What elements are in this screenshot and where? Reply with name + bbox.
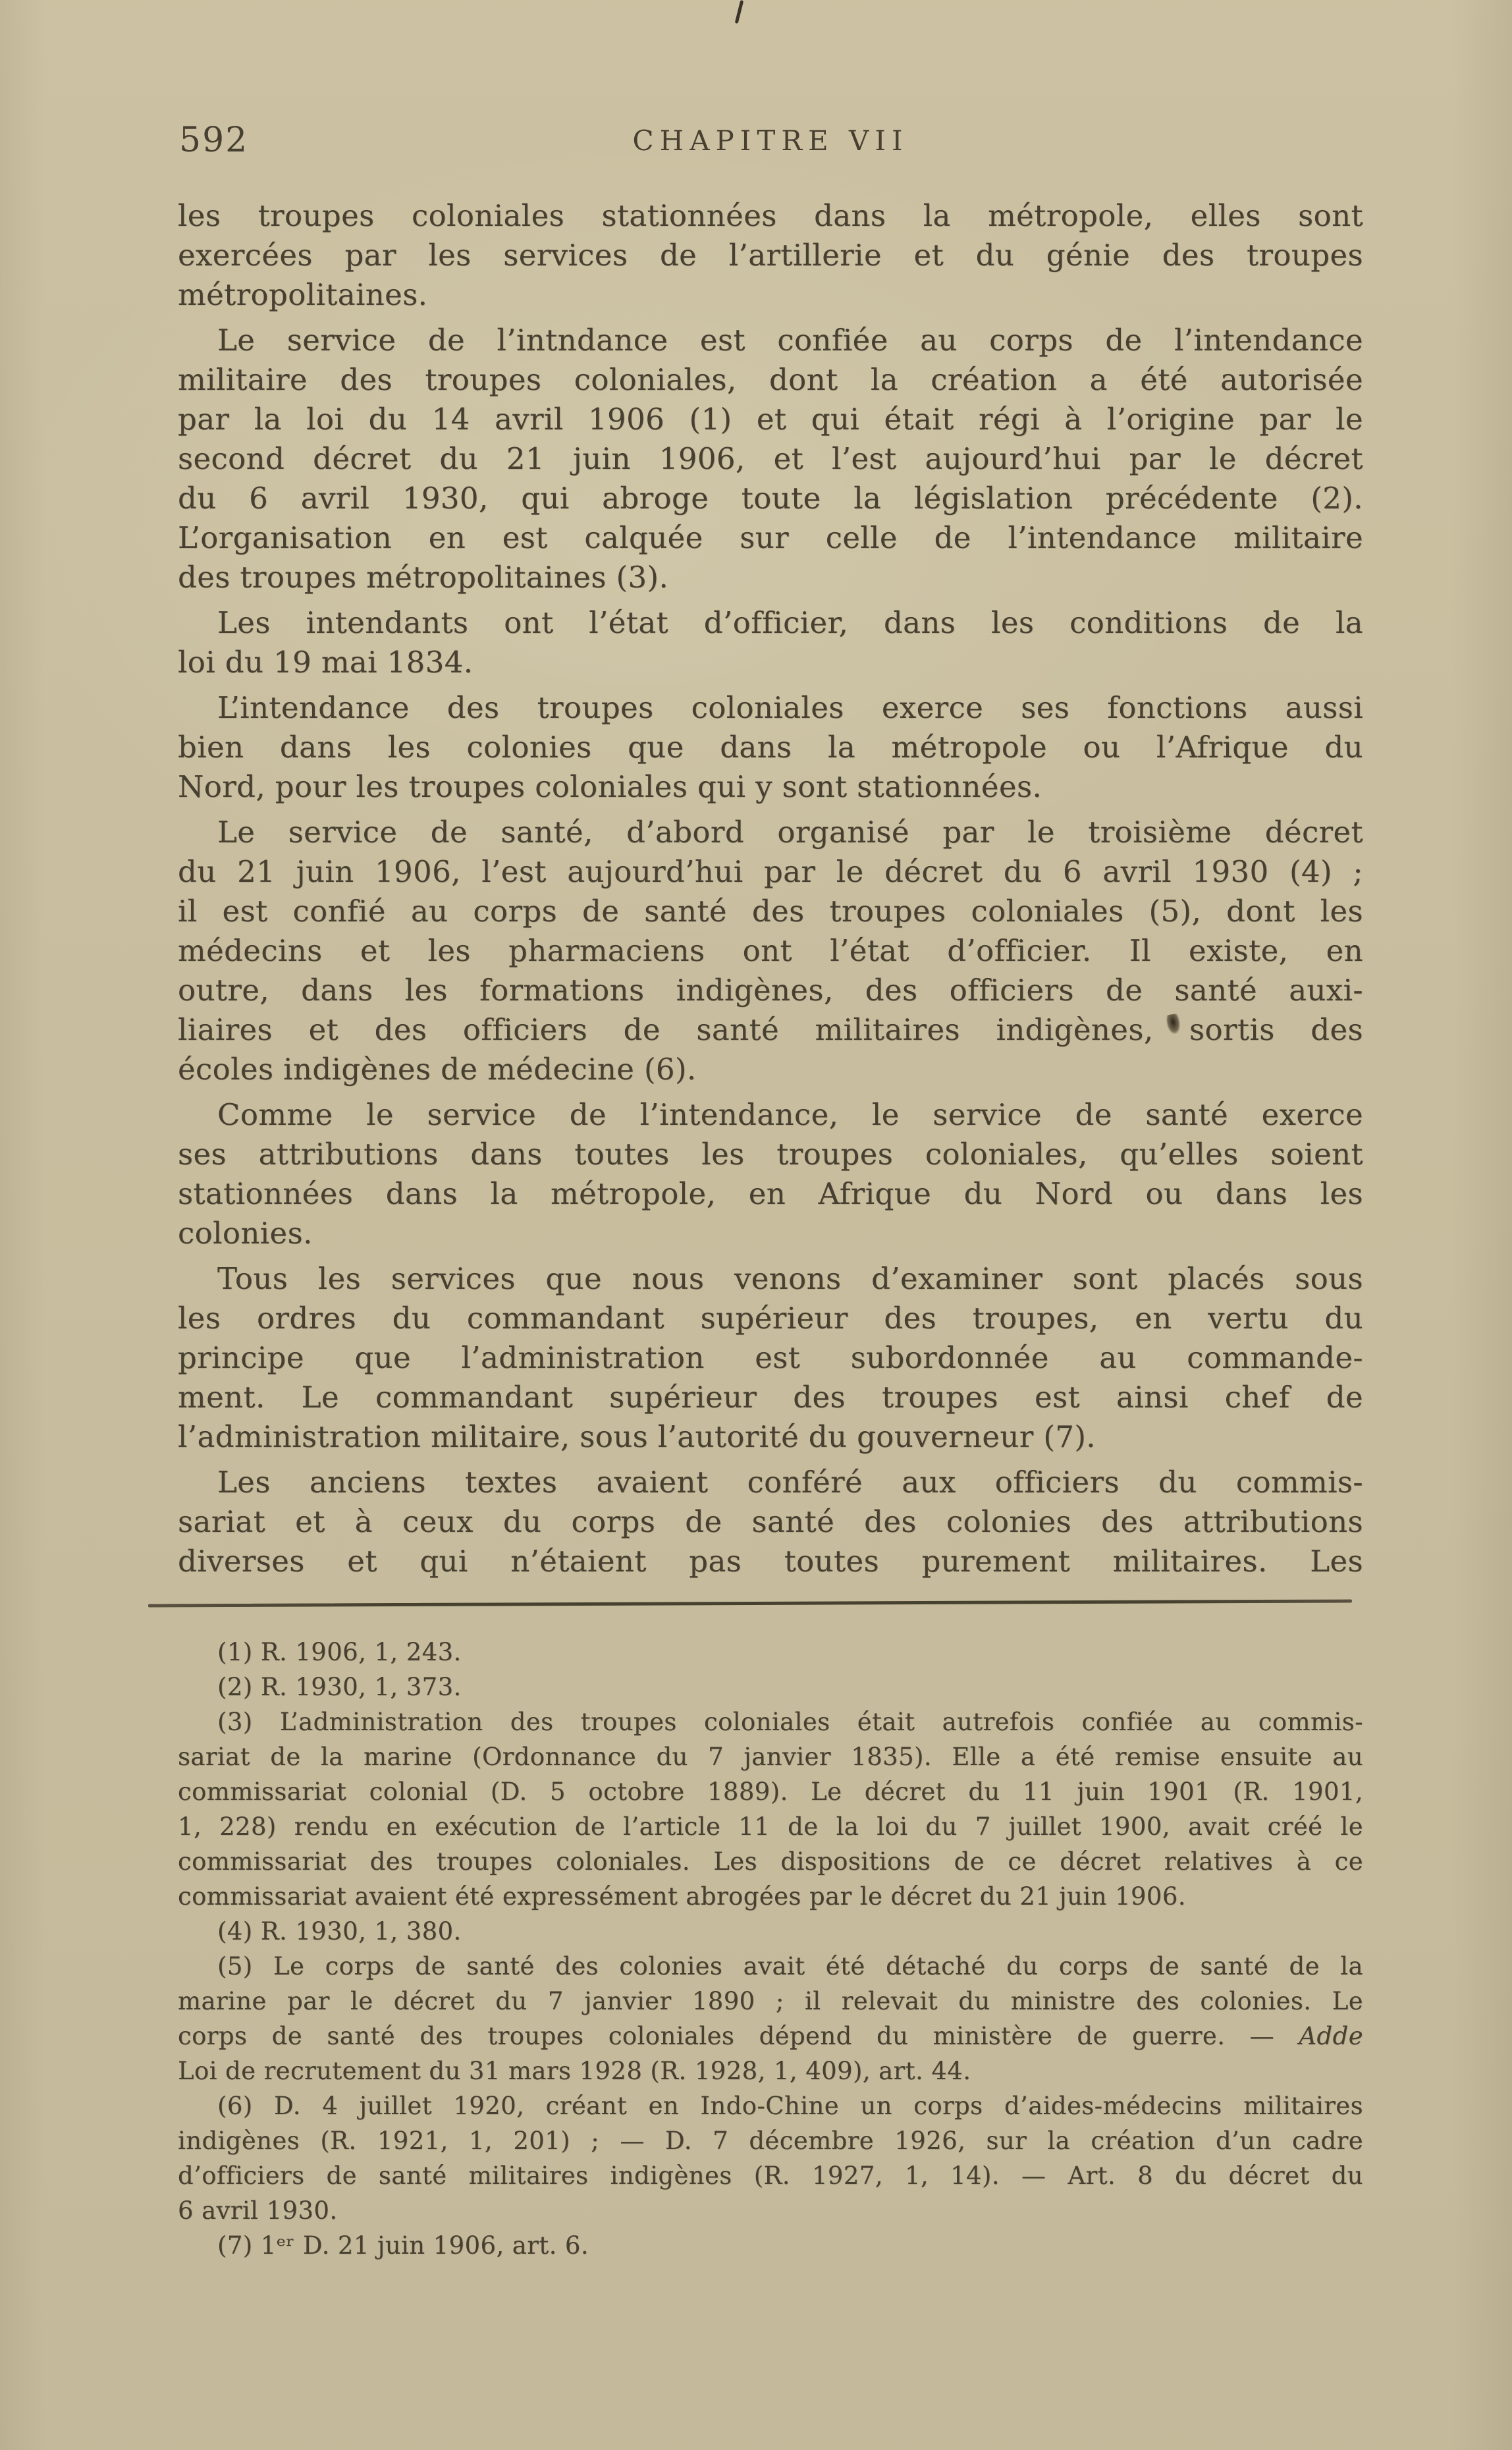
page-header: 592 CHAPITRE VII — [178, 120, 1363, 166]
text-line: ses attributions dans toutes les troupes… — [178, 1135, 1363, 1174]
text-line: L’intendance des troupes coloniales exer… — [178, 688, 1363, 728]
text-line: second décret du 21 juin 1906, et l’est … — [178, 439, 1363, 479]
paragraph: (2) R. 1930, 1, 373. — [178, 1670, 1363, 1704]
paragraph: (4) R. 1930, 1, 380. — [178, 1914, 1363, 1949]
text-line: Tous les services que nous venons d’exam… — [178, 1259, 1363, 1299]
text-line: ment. Le commandant supérieur des troupe… — [178, 1378, 1363, 1417]
text-line: marine par le décret du 7 janvier 1890 ;… — [178, 1984, 1363, 2019]
text-line: commissariat colonial (D. 5 octobre 1889… — [178, 1774, 1363, 1809]
text-line: 6 avril 1930. — [178, 2193, 1363, 2228]
text-line: l’administration militaire, sous l’autor… — [178, 1417, 1363, 1457]
paragraph: Les intendants ont l’état d’officier, da… — [178, 603, 1363, 682]
text-line: bien dans les colonies que dans la métro… — [178, 728, 1363, 767]
text-line: corps de santé des troupes coloniales dé… — [178, 2019, 1363, 2054]
paper-speck-mark — [735, 0, 744, 24]
text-line: exercées par les services de l’artilleri… — [178, 236, 1363, 275]
footnotes: (1) R. 1906, 1, 243.(2) R. 1930, 1, 373.… — [178, 1635, 1363, 2263]
text-line: principe que l’administration est subord… — [178, 1338, 1363, 1378]
text-line: (1) R. 1906, 1, 243. — [178, 1635, 1363, 1670]
text-line: les troupes coloniales stationnées dans … — [178, 196, 1363, 236]
text-line: des troupes métropolitaines (3). — [178, 558, 1363, 597]
paragraph: Les anciens textes avaient conféré aux o… — [178, 1463, 1363, 1581]
paragraph: Le service de l’intndance est confiée au… — [178, 321, 1363, 597]
text-line: sariat de la marine (Ordonnance du 7 jan… — [178, 1739, 1363, 1774]
text-line: outre, dans les formations indigènes, de… — [178, 971, 1363, 1010]
text-line: du 6 avril 1930, qui abroge toute la lég… — [178, 479, 1363, 518]
text-line: commissariat avaient été expressément ab… — [178, 1879, 1363, 1914]
text-line: Le service de santé, d’abord organisé pa… — [178, 813, 1363, 852]
text-line: (4) R. 1930, 1, 380. — [178, 1914, 1363, 1949]
scanned-book-page: 592 CHAPITRE VII les troupes coloniales … — [0, 0, 1512, 2450]
text-line: (7) 1ᵉʳ D. 21 juin 1906, art. 6. — [178, 2228, 1363, 2263]
text-line: colonies. — [178, 1214, 1363, 1253]
text-line: les ordres du commandant supérieur des t… — [178, 1299, 1363, 1338]
text-line: il est confié au corps de santé des trou… — [178, 892, 1363, 931]
text-line: par la loi du 14 avril 1906 (1) et qui é… — [178, 400, 1363, 439]
text-line: métropolitaines. — [178, 275, 1363, 315]
body-text: les troupes coloniales stationnées dans … — [178, 196, 1363, 1587]
paragraph: Tous les services que nous venons d’exam… — [178, 1259, 1363, 1457]
text-line: L’organisation en est calquée sur celle … — [178, 518, 1363, 558]
paragraph: L’intendance des troupes coloniales exer… — [178, 688, 1363, 807]
text-line: d’officiers de santé militaires indigène… — [178, 2158, 1363, 2193]
text-line: loi du 19 mai 1834. — [178, 643, 1363, 682]
text-line: militaire des troupes coloniales, dont l… — [178, 360, 1363, 400]
text-line: (6) D. 4 juillet 1920, créant en Indo-Ch… — [178, 2088, 1363, 2123]
text-line: sariat et à ceux du corps de santé des c… — [178, 1502, 1363, 1542]
text-line: Loi de recrutement du 31 mars 1928 (R. 1… — [178, 2054, 1363, 2088]
text-line: diverses et qui n’étaient pas toutes pur… — [178, 1542, 1363, 1581]
text-line: Comme le service de l’intendance, le ser… — [178, 1095, 1363, 1135]
text-line: Le service de l’intndance est confiée au… — [178, 321, 1363, 360]
text-line: indigènes (R. 1921, 1, 201) ; — D. 7 déc… — [178, 2123, 1363, 2158]
paragraph: Le service de santé, d’abord organisé pa… — [178, 813, 1363, 1089]
text-line: liaires et des officiers de santé milita… — [178, 1010, 1363, 1050]
text-line: Les intendants ont l’état d’officier, da… — [178, 603, 1363, 643]
paragraph: (7) 1ᵉʳ D. 21 juin 1906, art. 6. — [178, 2228, 1363, 2263]
text-line: (5) Le corps de santé des colonies avait… — [178, 1949, 1363, 1984]
text-line: 1, 228) rendu en exécution de l’article … — [178, 1809, 1363, 1844]
paragraph: (3) L’administration des troupes colonia… — [178, 1704, 1363, 1914]
paragraph: Comme le service de l’intendance, le ser… — [178, 1095, 1363, 1253]
text-line: commissariat des troupes coloniales. Les… — [178, 1844, 1363, 1879]
text-line: du 21 juin 1906, l’est aujourd’hui par l… — [178, 852, 1363, 892]
paragraph: (6) D. 4 juillet 1920, créant en Indo-Ch… — [178, 2088, 1363, 2228]
chapter-header: CHAPITRE VII — [178, 124, 1363, 158]
paragraph: (1) R. 1906, 1, 243. — [178, 1635, 1363, 1670]
paragraph: (5) Le corps de santé des colonies avait… — [178, 1949, 1363, 2088]
text-line: (2) R. 1930, 1, 373. — [178, 1670, 1363, 1704]
text-line: Les anciens textes avaient conféré aux o… — [178, 1463, 1363, 1502]
text-line: (3) L’administration des troupes colonia… — [178, 1704, 1363, 1739]
text-line: Nord, pour les troupes coloniales qui y … — [178, 767, 1363, 807]
footnote-divider-rule — [148, 1599, 1352, 1607]
text-line: stationnées dans la métropole, en Afriqu… — [178, 1174, 1363, 1214]
paragraph: les troupes coloniales stationnées dans … — [178, 196, 1363, 315]
text-line: écoles indigènes de médecine (6). — [178, 1050, 1363, 1089]
text-line: médecins et les pharmaciens ont l’état d… — [178, 931, 1363, 971]
